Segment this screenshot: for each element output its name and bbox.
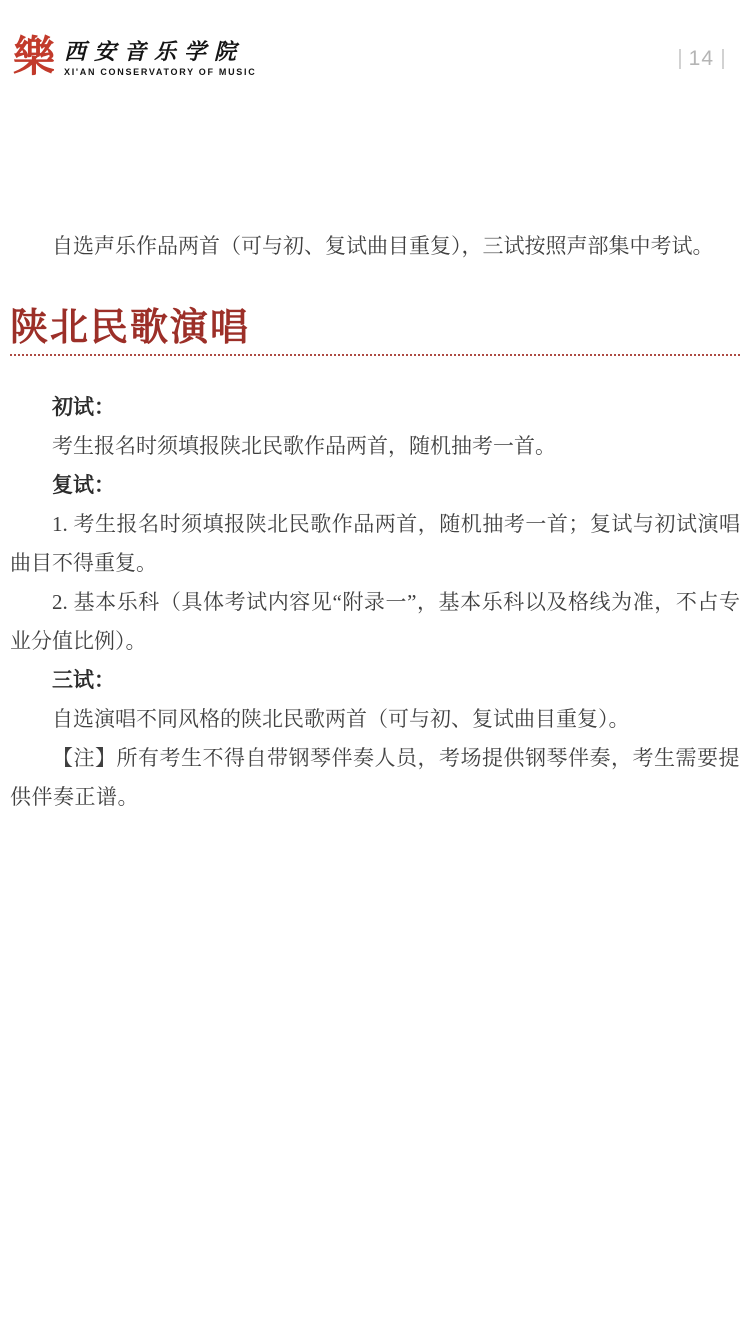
page-number-right-bar <box>722 49 724 69</box>
exam-requirement-paragraph: 考生报名时须填报陕北民歌作品两首，随机抽考一首。 <box>10 427 740 466</box>
logo: 樂 西安音乐学院 XI'AN CONSERVATORY OF MUSIC <box>13 34 256 80</box>
document-content: 自选声乐作品两首（可与初、复试曲目重复），三试按照声部集中考试。 陕北民歌演唱 … <box>10 227 740 817</box>
exam-requirement-paragraph: 自选演唱不同风格的陕北民歌两首（可与初、复试曲目重复）。 <box>10 700 740 739</box>
page-number-value: 14 <box>689 47 714 71</box>
section-body: 初试： 考生报名时须填报陕北民歌作品两首，随机抽考一首。 复试： 1. 考生报名… <box>10 388 740 817</box>
exam-round-label-third: 三试： <box>10 661 740 700</box>
logo-chinese-name: 西安音乐学院 <box>64 39 256 65</box>
exam-requirement-paragraph: 2. 基本乐科（具体考试内容见“附录一”，基本乐科以及格线为准，不占专业分值比例… <box>10 583 740 661</box>
intro-paragraph: 自选声乐作品两首（可与初、复试曲目重复），三试按照声部集中考试。 <box>10 227 740 266</box>
music-seal-icon: 樂 <box>13 34 55 80</box>
exam-round-label-second: 复试： <box>10 466 740 505</box>
page-number: 14 <box>679 47 724 71</box>
exam-round-label-first: 初试： <box>10 388 740 427</box>
logo-text: 西安音乐学院 XI'AN CONSERVATORY OF MUSIC <box>64 34 256 77</box>
document-page: 樂 西安音乐学院 XI'AN CONSERVATORY OF MUSIC 14 … <box>0 0 750 1334</box>
exam-requirement-paragraph: 1. 考生报名时须填报陕北民歌作品两首，随机抽考一首；复试与初试演唱曲目不得重复… <box>10 505 740 583</box>
page-number-left-bar <box>679 49 681 69</box>
section-title: 陕北民歌演唱 <box>10 306 740 356</box>
note-paragraph: 【注】所有考生不得自带钢琴伴奏人员，考场提供钢琴伴奏，考生需要提供伴奏正谱。 <box>10 739 740 817</box>
logo-english-name: XI'AN CONSERVATORY OF MUSIC <box>64 67 256 77</box>
